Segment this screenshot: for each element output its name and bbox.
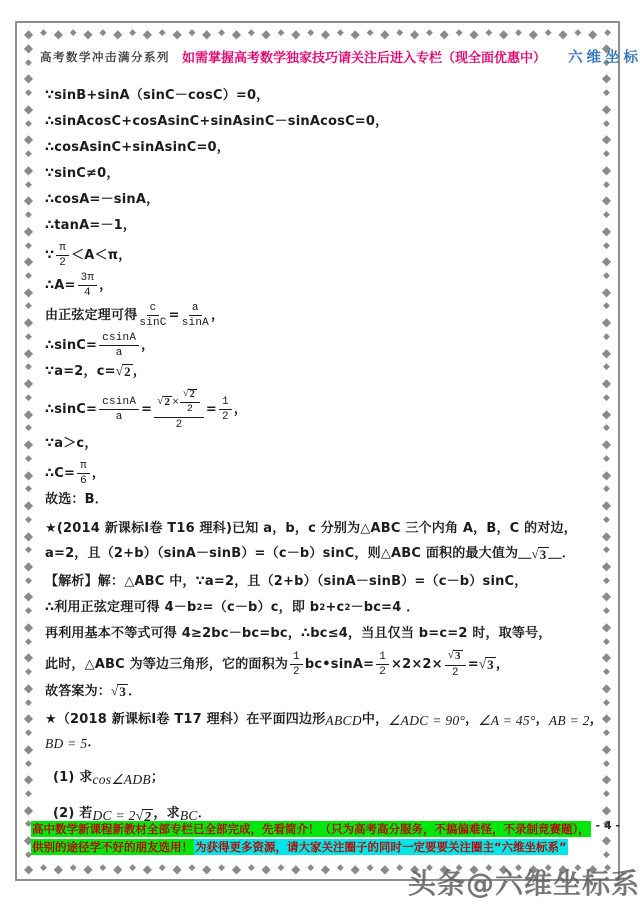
fraction-numerator: √2	[180, 389, 200, 403]
math-text: ∴sinC=	[45, 336, 97, 355]
diamond-icon: ◆	[262, 28, 271, 40]
fraction: π6	[77, 460, 90, 487]
math-text: 由正弦定理可得	[45, 306, 137, 325]
diamond-icon: ◆	[129, 864, 136, 873]
document-page: ◆◆◆◆◆◆◆◆◆◆◆◆◆◆◆◆◆◆◆◆◆◆◆◆◆◆◆◆◆◆◆◆◆◆◆◆◆◆◆◆…	[0, 0, 640, 905]
fraction-numerator: 1	[219, 396, 232, 410]
diamond-icon: ◆	[24, 28, 33, 40]
fraction-denominator: 2	[59, 256, 66, 269]
fraction-denominator: sinA	[182, 316, 209, 329]
fraction-numerator: √3	[445, 650, 466, 665]
math-italic: ABCD	[325, 713, 361, 728]
math-text: sinA	[182, 317, 209, 329]
math-text: ．	[128, 682, 141, 701]
math-text: 2	[59, 257, 66, 269]
diamond-icon: ◆	[202, 863, 211, 875]
diamond-icon: ◆	[159, 864, 166, 873]
math-text: a	[116, 411, 123, 423]
diamond-icon: ◆	[25, 302, 32, 311]
diamond-icon: ◆	[24, 255, 33, 267]
diamond-icon: ◆	[40, 864, 47, 873]
radical: √3	[479, 657, 496, 672]
math-text: π	[80, 460, 87, 472]
math-text: cos∠ADB	[92, 772, 150, 787]
diamond-icon: ◆	[25, 760, 32, 769]
math-line: ∵a＞c，	[45, 434, 608, 453]
math-text: ，	[536, 712, 549, 727]
math-text: ，	[141, 336, 154, 355]
diamond-icon: ◆	[24, 164, 33, 176]
diamond-icon: ◆	[24, 621, 33, 633]
math-text: ★（2018 新课标Ⅰ卷 T17 理科）在平面四边形	[45, 712, 325, 727]
diamond-icon: ◆	[25, 516, 32, 525]
math-italic: BD = 5	[45, 736, 87, 751]
math-text: 6	[80, 475, 87, 487]
math-text: 2	[452, 667, 459, 679]
fraction-denominator: 2	[293, 665, 300, 678]
footer-green-text-2: 供别的途径学不好的朋友选用！	[31, 839, 194, 855]
diamond-icon: ◆	[380, 28, 389, 40]
fraction-denominator: 2	[176, 418, 183, 431]
diamond-icon: ◆	[25, 333, 32, 342]
diamond-icon: ◆	[24, 743, 33, 755]
math-text: (1) 求	[53, 768, 92, 787]
diamond-icon: ◆	[70, 864, 77, 873]
diamond-icon: ◆	[469, 28, 478, 40]
diamond-icon: ◆	[25, 546, 32, 555]
math-text: ．	[87, 735, 100, 750]
diamond-icon: ◆	[25, 638, 32, 647]
diamond-icon: ◆	[232, 863, 241, 875]
math-text: 2	[293, 666, 300, 678]
diamond-icon: ◆	[24, 560, 33, 572]
math-text: ∵sinB+sinA（sinC－cosC）=0，	[45, 86, 269, 105]
math-text: ，	[234, 400, 247, 419]
math-text: 2	[124, 364, 131, 379]
radicand: 2	[163, 396, 173, 409]
math-text: ＿．	[549, 546, 575, 561]
fraction: 12	[290, 651, 303, 678]
series-title: 高考数学冲击满分系列	[40, 49, 170, 65]
fraction: csinAa	[99, 396, 139, 423]
diamond-icon: ◆	[367, 864, 374, 873]
diamond-icon: ◆	[24, 773, 33, 785]
math-text: ∵a＞c，	[45, 434, 98, 453]
math-text: AB = 2	[549, 713, 590, 728]
math-italic: AB = 2	[549, 713, 590, 728]
diamond-icon: ◆	[172, 863, 181, 875]
diamond-icon: ◆	[545, 29, 552, 38]
diamond-icon: ◆	[25, 363, 32, 372]
math-line: 由正弦定理可得csinC=asinA，	[45, 302, 608, 329]
diamond-icon: ◆	[188, 29, 195, 38]
diamond-icon: ◆	[248, 29, 255, 38]
radical: √2	[157, 396, 172, 409]
diamond-icon: ◆	[24, 42, 33, 54]
math-text: =	[468, 655, 479, 674]
radical: √3	[531, 547, 548, 562]
diamond-icon: ◆	[25, 150, 32, 159]
math-text: ∠ADC = 90°	[388, 713, 465, 728]
diamond-icon: ◆	[24, 316, 33, 328]
math-text: ∴cosAsinC+sinAsinC=0，	[45, 138, 230, 157]
math-text: 故选：B．	[45, 490, 108, 509]
brand-name: 六维坐标系	[568, 46, 640, 67]
fraction-denominator: 6	[80, 474, 87, 487]
radical: √3	[448, 650, 463, 663]
math-text: 3	[119, 684, 126, 699]
math-line: (1) 求cos∠ADB；	[53, 768, 608, 787]
fraction-denominator: 2	[379, 665, 386, 678]
fraction-numerator: csinA	[99, 396, 139, 410]
diamond-icon: ◆	[25, 59, 32, 68]
fraction-denominator: a	[116, 410, 123, 423]
math-text: =（c－b）c，即 b	[203, 598, 320, 617]
diamond-icon: ◆	[70, 29, 77, 38]
math-text: 1	[379, 651, 386, 663]
diamond-icon: ◆	[143, 863, 152, 875]
diamond-icon: ◆	[24, 377, 33, 389]
diamond-icon: ◆	[24, 347, 33, 359]
diamond-icon: ◆	[24, 194, 33, 206]
diamond-icon: ◆	[291, 28, 300, 40]
math-text: ★(2014 新课标Ⅰ卷 T16 理科)已知 a，b，c 分别为△ABC 三个内…	[45, 521, 577, 561]
math-line: ★(2014 新课标Ⅰ卷 T16 理科)已知 a，b，c 分别为△ABC 三个内…	[45, 516, 608, 566]
math-text: ∴sinC=	[45, 400, 97, 419]
diamond-icon: ◆	[499, 28, 508, 40]
diamond-icon: ◆	[410, 28, 419, 40]
math-text: =	[169, 306, 180, 325]
math-text: +c	[325, 598, 344, 617]
math-line: ∴cosAsinC+sinAsinC=0，	[45, 138, 608, 157]
math-text: ×	[172, 397, 179, 409]
diamond-icon: ◆	[25, 790, 32, 799]
math-text: 2	[379, 666, 386, 678]
header: 高考数学冲击满分系列 如需掌握高考数学独家技巧请关注后进入专栏（现全面优惠中） …	[40, 46, 612, 67]
diamond-icon: ◆	[529, 28, 538, 40]
diamond-icon: ◆	[99, 29, 106, 38]
math-line: 此时，△ABC 为等边三角形，它的面积为12bc•sinA=12×2×2×√32…	[45, 650, 608, 678]
math-text: 3π	[81, 272, 95, 284]
diamond-icon: ◆	[25, 211, 32, 220]
math-text: ∠A = 45°	[478, 713, 535, 728]
diamond-icon: ◆	[25, 424, 32, 433]
math-text: ，	[465, 712, 478, 727]
diamond-icon: ◆	[25, 668, 32, 677]
fraction: 12	[219, 396, 232, 423]
fraction: csinAa	[99, 332, 139, 359]
math-text: csinA	[102, 332, 136, 344]
math-line: ∵sinB+sinA（sinC－cosC）=0，	[45, 86, 608, 105]
math-line: ∴利用正弦定理可得 4－b2=（c－b）c，即 b2+c2－bc=4 ．	[45, 598, 608, 617]
math-text: BD = 5	[45, 736, 87, 751]
diamond-icon: ◆	[188, 864, 195, 873]
diamond-icon: ◆	[24, 438, 33, 450]
radicand: 2	[122, 364, 133, 379]
math-text: ，	[99, 276, 112, 295]
math-text: 此时，△ABC 为等边三角形，它的面积为	[45, 655, 288, 674]
diamond-icon: ◆	[440, 28, 449, 40]
diamond-icon: ◆	[24, 863, 33, 875]
diamond-icon: ◆	[262, 863, 271, 875]
diamond-icon: ◆	[113, 863, 122, 875]
diamond-icon: ◆	[24, 804, 33, 816]
math-line: ★（2018 新课标Ⅰ卷 T17 理科）在平面四边形ABCD中，∠ADC = 9…	[45, 708, 608, 754]
fraction: 12	[376, 651, 389, 678]
math-line: ∴A=3π4，	[45, 272, 608, 299]
diamond-icon: ◆	[25, 272, 32, 281]
math-text: ∴利用正弦定理可得 4－b	[45, 598, 197, 617]
math-line: ∵π2＜A＜π，	[45, 242, 608, 269]
math-line: ∵a=2，c=√2，	[45, 362, 608, 381]
math-text: 【解析】解：△ABC 中，∵a=2，且（2+b）（sinA－sinB）=（c－b…	[45, 572, 528, 591]
diamond-icon: ◆	[159, 29, 166, 38]
diamond-icon: ◆	[515, 29, 522, 38]
math-text: ；	[151, 768, 164, 787]
math-text: 2	[176, 419, 183, 431]
math-text: ∴sinAcosC+cosAsinC+sinAsinC－sinAcosC=0，	[45, 112, 388, 131]
math-line: 【解析】解：△ABC 中，∵a=2，且（2+b）（sinA－sinB）=（c－b…	[45, 572, 608, 591]
page-number: - 4 -	[596, 819, 620, 832]
fraction-numerator: 1	[290, 651, 303, 665]
math-text: 再利用基本不等式可得 4≥2bc－bc=bc，∴bc≤4，当且仅当 b=c=2 …	[45, 624, 552, 643]
diamond-icon: ◆	[232, 28, 241, 40]
diamond-icon: ◆	[248, 864, 255, 873]
math-line: ∴sinAcosC+cosAsinC+sinAsinC－sinAcosC=0，	[45, 112, 608, 131]
math-text: －bc=4 ．	[351, 598, 420, 617]
diamond-icon: ◆	[351, 863, 360, 875]
diamond-icon: ◆	[574, 29, 581, 38]
diamond-icon: ◆	[25, 89, 32, 98]
diamond-icon: ◆	[24, 469, 33, 481]
diamond-icon: ◆	[24, 499, 33, 511]
math-text: 3	[540, 547, 547, 562]
math-text: 1	[222, 396, 229, 408]
diamond-icon: ◆	[426, 29, 433, 38]
diamond-icon: ◆	[367, 29, 374, 38]
math-line: 再利用基本不等式可得 4≥2bc－bc=bc，∴bc≤4，当且仅当 b=c=2 …	[45, 624, 608, 643]
math-line: ∴sinC=csinAa，	[45, 332, 608, 359]
fraction-numerator: √2×√22	[154, 388, 204, 418]
fraction-numerator: 3π	[78, 272, 98, 286]
math-text: ，	[92, 464, 105, 483]
diamond-icon: ◆	[307, 29, 314, 38]
diamond-icon: ◆	[25, 394, 32, 403]
math-text: 2	[190, 389, 195, 400]
radicand: 3	[117, 684, 128, 699]
diamond-icon: ◆	[396, 864, 403, 873]
diamond-icon: ◆	[24, 651, 33, 663]
diamond-icon: ◆	[25, 455, 32, 464]
diamond-icon: ◆	[603, 851, 610, 860]
radicand: 3	[538, 547, 549, 562]
diamond-border-left: ◆◆◆◆◆◆◆◆◆◆◆◆◆◆◆◆◆◆◆◆◆◆◆◆◆◆◆◆◆◆◆◆◆◆◆◆◆◆◆◆…	[21, 42, 36, 860]
diamond-icon: ◆	[99, 864, 106, 873]
diamond-icon: ◆	[172, 28, 181, 40]
radical: √2	[116, 364, 133, 379]
diamond-icon: ◆	[291, 863, 300, 875]
diamond-icon: ◆	[602, 72, 611, 84]
diamond-icon: ◆	[558, 28, 567, 40]
math-text: ABCD	[325, 713, 361, 728]
diamond-icon: ◆	[25, 699, 32, 708]
fraction: √22	[180, 389, 200, 415]
radicand: 3	[485, 657, 496, 672]
math-italic: ∠ADC = 90°	[388, 713, 465, 728]
diamond-icon: ◆	[25, 181, 32, 190]
math-text: 2	[165, 396, 171, 408]
diamond-icon: ◆	[202, 28, 211, 40]
footer-cyan-text: 为获得更多资源，请大家关注圈子的同时一定要要关注圈主“六维坐标系”	[194, 839, 568, 855]
watermark: 头条@六维坐标系	[408, 862, 640, 902]
math-text: csinA	[102, 396, 136, 408]
diamond-icon: ◆	[218, 29, 225, 38]
math-text: π	[59, 242, 66, 254]
diamond-icon: ◆	[588, 28, 597, 40]
math-text: ，	[590, 712, 603, 727]
diamond-icon: ◆	[337, 864, 344, 873]
diamond-icon: ◆	[40, 29, 47, 38]
fraction: 3π4	[78, 272, 98, 299]
diamond-icon: ◆	[143, 28, 152, 40]
diamond-border-top: ◆◆◆◆◆◆◆◆◆◆◆◆◆◆◆◆◆◆◆◆◆◆◆◆◆◆◆◆◆◆◆◆◆◆◆◆◆◆◆◆	[24, 26, 611, 41]
math-text: ∴C=	[45, 464, 75, 483]
radicand: 2	[188, 389, 197, 401]
diamond-icon: ◆	[24, 133, 33, 145]
diamond-icon: ◆	[83, 863, 92, 875]
math-italic: ∠A = 45°	[478, 713, 535, 728]
fraction-denominator: sinC	[139, 316, 166, 329]
fraction: asinA	[182, 302, 209, 329]
diamond-icon: ◆	[25, 485, 32, 494]
diamond-icon: ◆	[278, 864, 285, 873]
diamond-icon: ◆	[129, 29, 136, 38]
math-text: ∴cosA=－sinA，	[45, 190, 159, 209]
diamond-icon: ◆	[24, 712, 33, 724]
diamond-icon: ◆	[604, 29, 611, 38]
math-text: 故答案为：	[45, 682, 111, 701]
diamond-icon: ◆	[321, 28, 330, 40]
math-text: ，	[211, 306, 224, 325]
math-line: 故选：B．	[45, 490, 608, 509]
diamond-icon: ◆	[83, 28, 92, 40]
footer-notice-line2: 供别的途径学不好的朋友选用！为获得更多资源，请大家关注圈子的同时一定要要关注圈主…	[31, 836, 568, 856]
radical: √3	[111, 684, 128, 699]
math-line: 故答案为：√3．	[45, 682, 608, 701]
diamond-icon: ◆	[24, 286, 33, 298]
diamond-icon: ◆	[54, 28, 63, 40]
math-text: ∵	[45, 246, 54, 265]
math-text: ∵a=2，c=	[45, 362, 116, 381]
diamond-icon: ◆	[25, 729, 32, 738]
math-text: 2	[222, 411, 229, 423]
math-text: =	[141, 400, 152, 419]
math-text: a	[116, 347, 123, 359]
fraction-numerator: π	[56, 242, 69, 256]
math-text: =	[206, 400, 217, 419]
math-text: c	[150, 302, 157, 314]
diamond-icon: ◆	[54, 863, 63, 875]
math-text: 4	[84, 287, 91, 299]
fraction: √2×√222	[154, 388, 204, 431]
math-text: 3	[487, 657, 494, 672]
math-text: ，	[496, 655, 509, 674]
diamond-icon: ◆	[25, 577, 32, 586]
fraction-numerator: π	[77, 460, 90, 474]
diamond-icon: ◆	[25, 120, 32, 129]
diamond-icon: ◆	[380, 863, 389, 875]
fraction-denominator: 2	[187, 403, 193, 415]
diamond-icon: ◆	[24, 103, 33, 115]
diamond-icon: ◆	[24, 682, 33, 694]
math-text: 1	[293, 651, 300, 663]
math-text: ∵sinC≠0，	[45, 164, 120, 183]
math-line: ∴sinC=csinAa=√2×√222=12，	[45, 388, 608, 431]
math-line: ∴cosA=－sinA，	[45, 190, 608, 209]
math-text: ∴tanA=－1，	[45, 216, 136, 235]
math-line: ∴C=π6，	[45, 460, 608, 487]
fraction: csinC	[139, 302, 166, 329]
diamond-icon: ◆	[351, 28, 360, 40]
diamond-icon: ◆	[321, 863, 330, 875]
fraction-numerator: 1	[376, 651, 389, 665]
fraction-denominator: a	[116, 346, 123, 359]
footer-notice-line1: 高中数学新课程新教材全部专栏已全部完成，先看简介！（只为高考高分服务，不搞偏难怪…	[31, 818, 591, 838]
diamond-icon: ◆	[24, 72, 33, 84]
diamond-icon: ◆	[24, 530, 33, 542]
math-text: 2	[187, 404, 193, 415]
footer-green-text-1: 高中数学新课程新教材全部专栏已全部完成，先看简介！（只为高考高分服务，不搞偏难怪…	[31, 821, 591, 837]
diamond-icon: ◆	[218, 864, 225, 873]
diamond-icon: ◆	[396, 29, 403, 38]
math-text: ，	[133, 362, 146, 381]
diamond-icon: ◆	[24, 225, 33, 237]
radicand: 3	[453, 650, 463, 663]
fraction: π2	[56, 242, 69, 269]
math-text: sinC	[139, 317, 166, 329]
fraction: √32	[445, 650, 466, 678]
diamond-icon: ◆	[25, 242, 32, 251]
math-text: 3	[455, 650, 461, 662]
diamond-icon: ◆	[24, 408, 33, 420]
diamond-icon: ◆	[25, 607, 32, 616]
math-text: ×2×2×	[391, 655, 443, 674]
fraction-denominator: 4	[84, 286, 91, 299]
math-text: ∴A=	[45, 276, 76, 295]
diamond-icon: ◆	[278, 29, 285, 38]
promo-text: 如需掌握高考数学独家技巧请关注后进入专栏（现全面优惠中）	[182, 47, 546, 66]
solution-content: ∵sinB+sinA（sinC－cosC）=0，∴sinAcosC+cosAsi…	[45, 86, 608, 840]
fraction-numerator: a	[189, 302, 202, 316]
math-line: ∵sinC≠0，	[45, 164, 608, 183]
fraction-denominator: 2	[222, 410, 229, 423]
math-text: bc•sinA=	[305, 655, 374, 674]
fraction-numerator: csinA	[99, 332, 139, 346]
diamond-icon: ◆	[456, 29, 463, 38]
math-text: a	[192, 302, 199, 314]
fraction-denominator: 2	[452, 666, 459, 679]
math-text: 中，	[362, 712, 388, 727]
fraction-numerator: c	[147, 302, 160, 316]
math-text: ＜A＜π，	[71, 246, 131, 265]
radical: √2	[183, 389, 197, 401]
math-italic: cos∠ADB	[92, 770, 150, 789]
diamond-icon: ◆	[307, 864, 314, 873]
diamond-icon: ◆	[113, 28, 122, 40]
diamond-icon: ◆	[485, 29, 492, 38]
diamond-icon: ◆	[337, 29, 344, 38]
diamond-icon: ◆	[24, 590, 33, 602]
